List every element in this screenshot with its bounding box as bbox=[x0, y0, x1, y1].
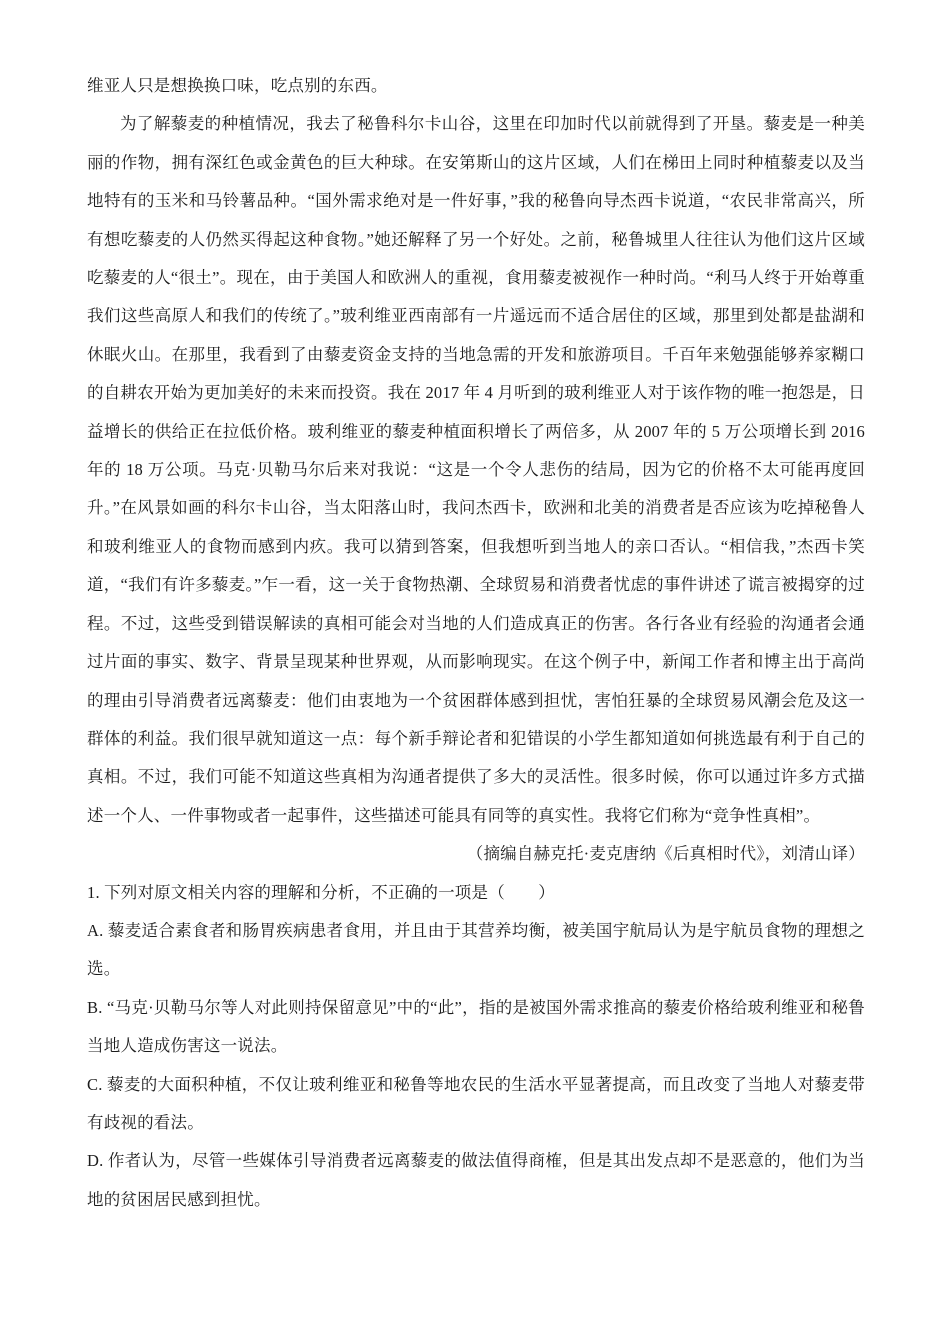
passage-continuation-line: 维亚人只是想换换口味，吃点别的东西。 bbox=[87, 67, 865, 105]
question-1-option-b: B. “马克·贝勒马尔等人对此则持保留意见”中的“此”，指的是被国外需求推高的藜… bbox=[87, 989, 865, 1066]
question-1-option-c: C. 藜麦的大面积种植，不仅让玻利维亚和秘鲁等地农民的生活水平显著提高，而且改变… bbox=[87, 1066, 865, 1143]
passage-attribution: （摘编自赫克托·麦克唐纳《后真相时代》，刘清山译） bbox=[87, 835, 865, 873]
question-1-stem: 1. 下列对原文相关内容的理解和分析，不正确的一项是（ ） bbox=[87, 874, 865, 912]
question-1-option-a: A. 藜麦适合素食者和肠胃疾病患者食用，并且由于其营养均衡，被美国宇航局认为是宇… bbox=[87, 912, 865, 989]
question-1-option-d: D. 作者认为，尽管一些媒体引导消费者远离藜麦的做法值得商榷，但是其出发点却不是… bbox=[87, 1142, 865, 1219]
exam-page: 维亚人只是想换换口味，吃点别的东西。 为了解藜麦的种植情况，我去了秘鲁科尔卡山谷… bbox=[0, 0, 950, 1344]
passage-main-paragraph: 为了解藜麦的种植情况，我去了秘鲁科尔卡山谷，这里在印加时代以前就得到了开垦。藜麦… bbox=[87, 105, 865, 835]
